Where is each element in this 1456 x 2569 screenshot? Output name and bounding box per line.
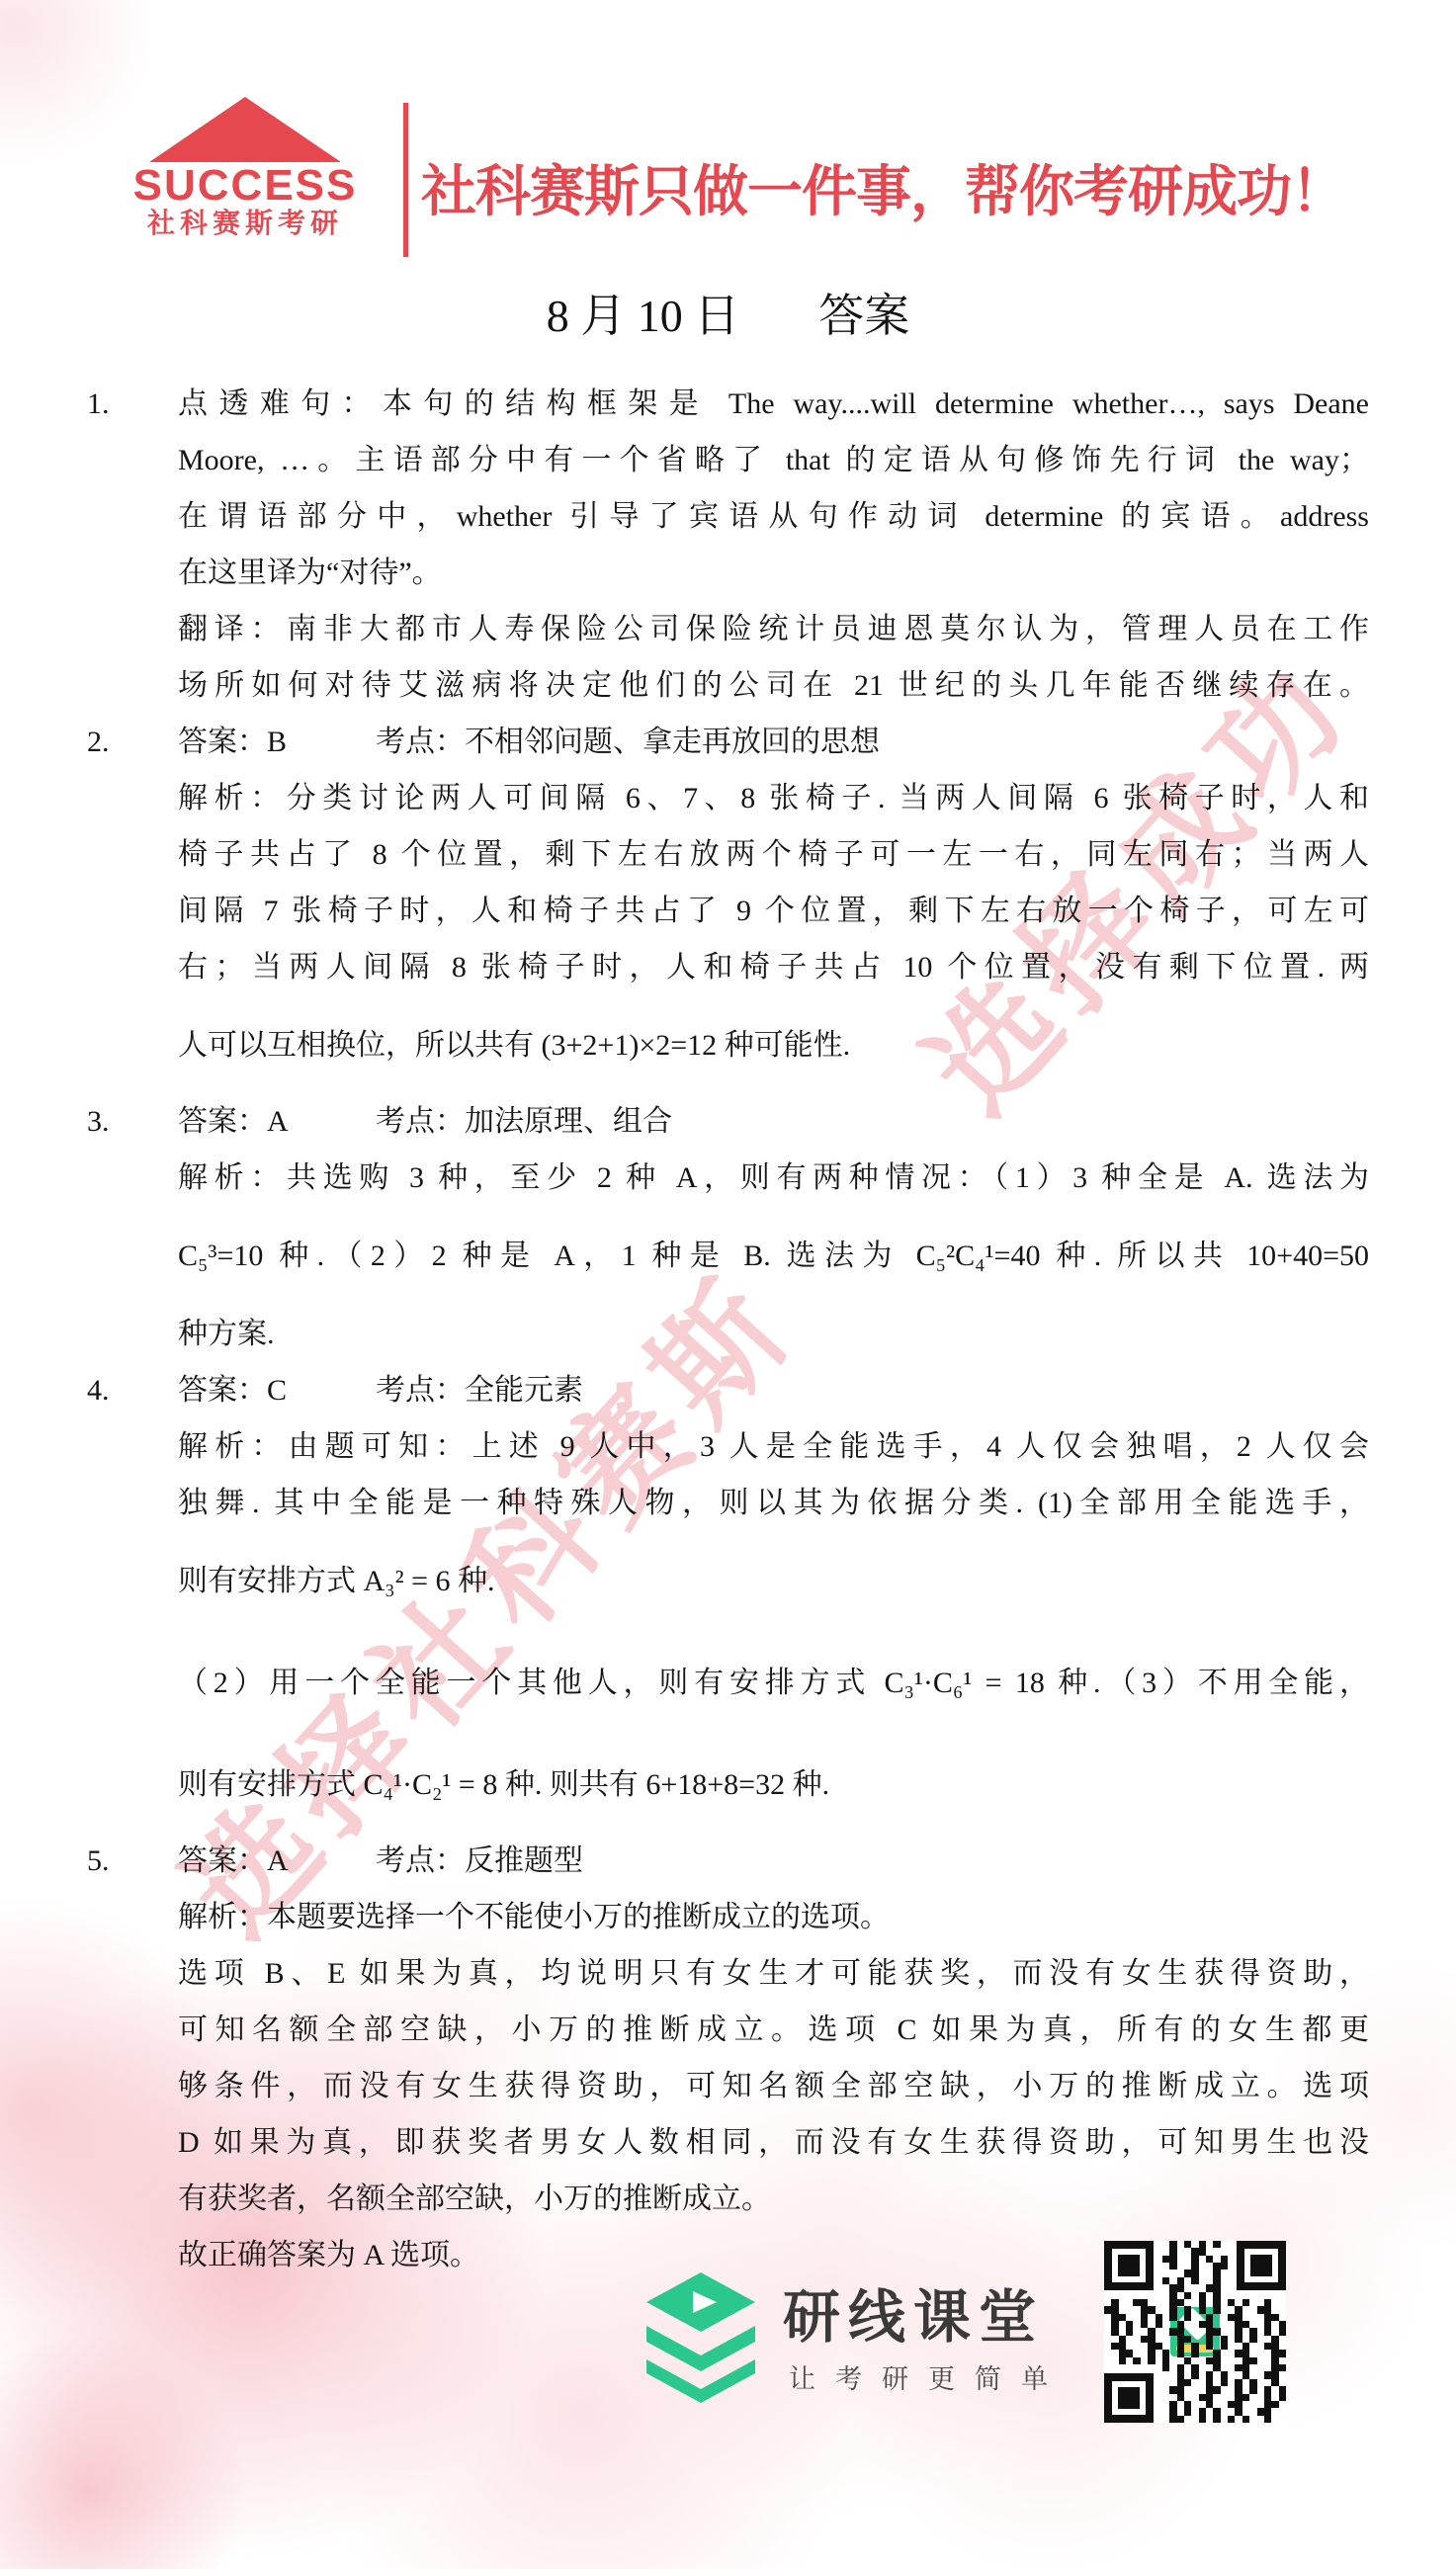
answer-line: 选项 B、E 如果为真，均说明只有女生才可能获奖，而没有女生获得资助，	[178, 1945, 1369, 2002]
answer-line: 解析：共选购 3 种，至少 2 种 A，则有两种情况：（1）3 种全是 A. 选…	[178, 1150, 1369, 1206]
answer-line: 人可以互相换位，所以共有 (3+2+1)×2=12 种可能性.	[178, 1017, 1369, 1073]
answer-line: 间隔 7 张椅子时，人和椅子共占了 9 个位置，剩下左右放一个椅子，可左可	[178, 883, 1369, 939]
answer-line: 则有安排方式 C₄¹·C₂¹ = 8 种. 则共有 6+18+8=32 种.	[178, 1756, 1369, 1813]
answers-content: 1. 点透难句：本句的结构框架是 The way....will determi…	[87, 376, 1369, 2283]
item-number: 5.	[87, 1833, 178, 1889]
answer-line: 解析：分类讨论两人可间隔 6、7、8 张椅子. 当两人间隔 6 张椅子时，人和	[178, 770, 1369, 826]
roof-triangle-icon	[149, 97, 341, 162]
success-logo: SUCCESS 社科赛斯考研	[91, 97, 399, 239]
answer-line: 椅子共占了 8 个位置，剩下左右放两个椅子可一左一右，同左同右；当两人	[178, 826, 1369, 883]
answer-line: Moore, …。主语部分中有一个省略了 that 的定语从句修饰先行词 the…	[178, 432, 1369, 488]
title-label: 答案	[818, 280, 909, 345]
item-number: 1.	[87, 376, 178, 432]
answer-line: 答案：A 考点：加法原理、组合	[178, 1093, 1369, 1150]
answer-item-3: 3. 答案：A 考点：加法原理、组合 解析：共选购 3 种，至少 2 种 A，则…	[87, 1093, 1369, 1362]
answer-line: 答案：B 考点：不相邻问题、拿走再放回的思想	[178, 714, 1369, 770]
answer-line: 右；当两人间隔 8 张椅子时，人和椅子共占 10 个位置，没有剩下位置. 两	[178, 939, 1369, 995]
answer-item-2: 2. 答案：B 考点：不相邻问题、拿走再放回的思想 解析：分类讨论两人可间隔 6…	[87, 714, 1369, 1073]
answer-line: 独舞. 其中全能是一种特殊人物，则以其为依据分类. (1)全部用全能选手，	[178, 1475, 1369, 1531]
stacked-books-logo-icon	[641, 2269, 761, 2403]
answer-line: 场所如何对待艾滋病将决定他们的公司在 21 世纪的头几年能否继续存在。	[178, 657, 1369, 714]
logo-sub-text: 社科赛斯考研	[91, 208, 399, 239]
page-header: SUCCESS 社科赛斯考研 社科赛斯只做一件事，帮你考研成功！	[0, 0, 1456, 267]
answer-line: 在谓语部分中，whether 引导了宾语从句作动词 determine 的宾语。…	[178, 488, 1369, 545]
item-number: 3.	[87, 1093, 178, 1150]
answer-line: 解析：本题要选择一个不能使小万的推断成立的选项。	[178, 1889, 1369, 1945]
page-footer: 研线课堂 让考研更简单	[0, 2229, 1456, 2476]
qr-finder-icon	[1104, 2373, 1154, 2423]
header-slogan: 社科赛斯只做一件事，帮你考研成功！	[421, 148, 1419, 227]
answer-item-1: 1. 点透难句：本句的结构框架是 The way....will determi…	[87, 376, 1369, 714]
qr-finder-icon	[1237, 2241, 1286, 2290]
qr-finder-icon	[1104, 2241, 1154, 2290]
answer-line: 翻译：南非大都市人寿保险公司保险统计员迪恩莫尔认为，管理人员在工作	[178, 601, 1369, 657]
answer-sheet-page: 选择社科赛斯 选择成功 SUCCESS 社科赛斯考研 社科赛斯只做一件事，帮你考…	[0, 0, 1456, 2569]
answer-line: D 如果为真，即获奖者男女人数相同，而没有女生获得资助，可知男生也没	[178, 2114, 1369, 2171]
answer-line: 则有安排方式 A₃² = 6 种.	[178, 1553, 1369, 1609]
answer-line: 答案：A 考点：反推题型	[178, 1833, 1369, 1889]
answer-line: 有获奖者，名额全部空缺，小万的推断成立。	[178, 2171, 1369, 2227]
page-title: 8 月 10 日 答案	[0, 280, 1456, 345]
answer-item-5: 5. 答案：A 考点：反推题型 解析：本题要选择一个不能使小万的推断成立的选项。…	[87, 1833, 1369, 2283]
logo-brand-text: SUCCESS	[91, 164, 399, 208]
header-divider	[403, 103, 408, 257]
answer-line: 答案：C 考点：全能元素	[178, 1362, 1369, 1418]
title-date: 8 月 10 日	[547, 280, 740, 345]
footer-tagline-text: 让考研更简单	[789, 2357, 1068, 2396]
item-number: 2.	[87, 714, 178, 770]
answer-line: 种方案.	[178, 1306, 1369, 1362]
answer-line: （2）用一个全能一个其他人，则有安排方式 C₃¹·C₆¹ = 18 种.（3）不…	[178, 1655, 1369, 1711]
answer-line: 点透难句：本句的结构框架是 The way....will determine …	[178, 376, 1369, 432]
answer-line: 解析：由题可知：上述 9 人中，3 人是全能选手，4 人仅会独唱，2 人仅会	[178, 1418, 1369, 1475]
answer-line: C₅³=10 种.（2）2 种是 A，1 种是 B. 选法为 C₅²C₄¹=40…	[178, 1228, 1369, 1284]
footer-brand-text: 研线课堂	[783, 2270, 1044, 2354]
answer-line: 在这里译为“对待”。	[178, 545, 1369, 601]
qr-code	[1104, 2241, 1286, 2423]
answer-line: 够条件，而没有女生获得资助，可知名额全部空缺，小万的推断成立。选项	[178, 2058, 1369, 2114]
answer-line: 可知名额全部空缺，小万的推断成立。选项 C 如果为真，所有的女生都更	[178, 2002, 1369, 2058]
answer-item-4: 4. 答案：C 考点：全能元素 解析：由题可知：上述 9 人中，3 人是全能选手…	[87, 1362, 1369, 1813]
item-number: 4.	[87, 1362, 178, 1418]
